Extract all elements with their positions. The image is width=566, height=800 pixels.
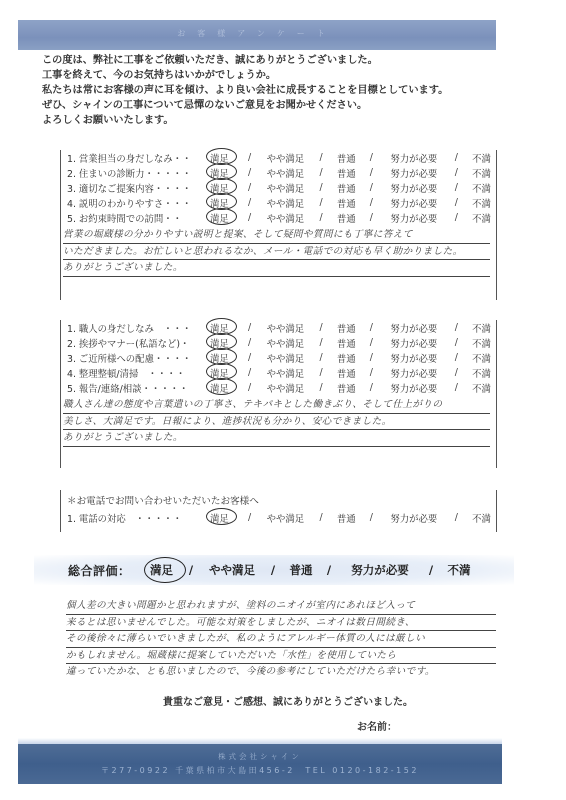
separator: /	[361, 152, 382, 163]
handwritten-comment-line: 美しさ、大満足です。日報により、進捗状況も分かり、安心できました。	[63, 414, 490, 431]
question-label: 5. お約束時間での訪問・・	[67, 211, 210, 225]
option-needs-improvement[interactable]: 努力が必要	[382, 211, 446, 225]
separator: /	[361, 167, 382, 178]
option-satisfied[interactable]: 満足	[210, 381, 239, 395]
option-neutral[interactable]: 普通	[332, 321, 361, 335]
separator: /	[239, 337, 260, 348]
option-neutral[interactable]: 普通	[332, 166, 361, 180]
option-neutral[interactable]: 普通	[332, 196, 361, 210]
option-needs-improvement[interactable]: 努力が必要	[382, 151, 446, 165]
option-needs-improvement[interactable]: 努力が必要	[382, 321, 446, 335]
separator: /	[239, 352, 260, 363]
separator: /	[361, 367, 382, 378]
overall-option-somewhat-satisfied[interactable]: やや満足	[202, 562, 262, 578]
option-somewhat-satisfied[interactable]: やや満足	[260, 321, 310, 335]
option-somewhat-satisfied[interactable]: やや満足	[260, 511, 310, 525]
intro-line: ぜひ、シャインの工事について忌憚のないご意見をお聞かせください。	[42, 98, 512, 113]
question-label: 4. 整理整頓/清掃 ・・・・	[67, 366, 210, 380]
name-field-label: お名前：	[357, 718, 397, 733]
option-somewhat-satisfied[interactable]: やや満足	[260, 366, 310, 380]
question-label: 1. 営業担当の身だしなみ・・	[67, 151, 210, 165]
separator: /	[239, 512, 260, 523]
survey-title: お客様アンケート	[18, 28, 496, 39]
option-dissatisfied[interactable]: 不満	[467, 196, 496, 210]
overall-rating-band: 総合評価： 満足 / やや満足 / 普通 / 努力が必要 / 不満	[34, 555, 514, 585]
question-row: 4. 説明のわかりやすさ・・・ 満足 / やや満足 / 普通 / 努力が必要 /…	[67, 195, 496, 210]
option-somewhat-satisfied[interactable]: やや満足	[260, 196, 310, 210]
handwritten-comment-line: その後徐々に薄らいでいきましたが、私のようにアレルギー体質の人には厳しい	[66, 631, 496, 648]
separator: /	[446, 182, 467, 193]
option-dissatisfied[interactable]: 不満	[467, 336, 496, 350]
separator: /	[310, 322, 331, 333]
question-label: 1. 職人の身だしなみ ・・・	[67, 321, 210, 335]
question-row: 5. 報告/連絡/相談・・・・・ 満足 / やや満足 / 普通 / 努力が必要 …	[67, 380, 496, 395]
question-row: 1. 職人の身だしなみ ・・・ 満足 / やや満足 / 普通 / 努力が必要 /…	[67, 320, 496, 335]
question-row: 2. 住まいの診断力・・・・・ 満足 / やや満足 / 普通 / 努力が必要 /…	[67, 165, 496, 180]
option-needs-improvement[interactable]: 努力が必要	[382, 366, 446, 380]
separator: /	[446, 337, 467, 348]
handwritten-comment-line: 違っていたかな、とも思いましたので、今後の参考にしていただけたら幸いです。	[66, 664, 496, 681]
separator: /	[318, 563, 340, 577]
sales-comment-area[interactable]: 営業の堀蔵様の分かりやすい説明と提案、そして疑問や質問にも丁寧に答えて いただき…	[61, 227, 496, 277]
question-row: 2. 挨拶やマナー(私語など)・ 満足 / やや満足 / 普通 / 努力が必要 …	[67, 335, 496, 350]
separator: /	[361, 337, 382, 348]
header-band: お客様アンケート	[18, 20, 496, 50]
separator: /	[310, 382, 331, 393]
separator: /	[446, 197, 467, 208]
separator: /	[361, 197, 382, 208]
separator: /	[361, 212, 382, 223]
separator: /	[446, 512, 467, 523]
overall-rating-label: 総合評価：	[68, 562, 150, 579]
separator: /	[262, 563, 284, 577]
question-row: 3. ご近所様への配慮・・・・ 満足 / やや満足 / 普通 / 努力が必要 /…	[67, 350, 496, 365]
separator: /	[239, 382, 260, 393]
separator: /	[239, 152, 260, 163]
section-sales: 1. 営業担当の身だしなみ・・ 満足 / やや満足 / 普通 / 努力が必要 /…	[60, 150, 497, 300]
option-dissatisfied[interactable]: 不満	[467, 366, 496, 380]
option-dissatisfied[interactable]: 不満	[467, 381, 496, 395]
option-needs-improvement[interactable]: 努力が必要	[382, 336, 446, 350]
option-somewhat-satisfied[interactable]: やや満足	[260, 151, 310, 165]
option-neutral[interactable]: 普通	[332, 211, 361, 225]
option-needs-improvement[interactable]: 努力が必要	[382, 511, 446, 525]
option-somewhat-satisfied[interactable]: やや満足	[260, 211, 310, 225]
separator: /	[239, 182, 260, 193]
phone-section-note: ＊お電話でお問い合わせいただいたお客様へ	[61, 494, 496, 510]
handwritten-comment-line: 来るとは思いませんでした。可能な対策をしましたが、ニオイは数日間続き、	[66, 615, 496, 632]
separator: /	[239, 197, 260, 208]
question-label: 2. 挨拶やマナー(私語など)・	[67, 336, 210, 350]
intro-line: 工事を終えて、今のお気持ちはいかがでしょうか。	[42, 68, 512, 83]
separator: /	[446, 167, 467, 178]
section-phone: ＊お電話でお問い合わせいただいたお客様へ 1. 電話の対応 ・・・・・ 満足 /…	[60, 490, 497, 532]
separator: /	[446, 352, 467, 363]
option-neutral[interactable]: 普通	[332, 351, 361, 365]
company-name: 株式会社シャイン	[18, 751, 502, 762]
option-dissatisfied[interactable]: 不満	[467, 181, 496, 195]
handwritten-comment-line: 職人さん達の態度や言葉遣いの丁寧さ、テキパキとした働きぶり、そして仕上がりの	[63, 397, 490, 414]
option-dissatisfied[interactable]: 不満	[467, 511, 496, 525]
option-neutral[interactable]: 普通	[332, 336, 361, 350]
separator: /	[361, 382, 382, 393]
question-label: 4. 説明のわかりやすさ・・・	[67, 196, 210, 210]
option-neutral[interactable]: 普通	[332, 151, 361, 165]
handwritten-comment-line: かもしれません。堀蔵様に提案していただいた「水性」を使用していたら	[66, 648, 496, 665]
thanks-message: 貴重なご意見・ご感想、誠にありがとうございました。	[0, 693, 566, 708]
question-label: 3. ご近所様への配慮・・・・	[67, 351, 210, 365]
option-dissatisfied[interactable]: 不満	[467, 151, 496, 165]
question-label: 1. 電話の対応 ・・・・・	[67, 511, 210, 525]
option-somewhat-satisfied[interactable]: やや満足	[260, 351, 310, 365]
question-label: 5. 報告/連絡/相談・・・・・	[67, 381, 210, 395]
option-dissatisfied[interactable]: 不満	[467, 351, 496, 365]
handwritten-comment-line: いただきました。お忙しいと思われるなか、メール・電話での対応も早く助かりました。	[63, 244, 490, 261]
option-neutral[interactable]: 普通	[332, 381, 361, 395]
option-somewhat-satisfied[interactable]: やや満足	[260, 166, 310, 180]
option-needs-improvement[interactable]: 努力が必要	[382, 196, 446, 210]
separator: /	[310, 512, 331, 523]
footer-band: 株式会社シャイン 〒277-0922 千葉県柏市大島田456-2 TEL 012…	[18, 744, 502, 784]
handwritten-comment-line: 営業の堀蔵様の分かりやすい説明と提案、そして疑問や質問にも丁寧に答えて	[63, 227, 490, 244]
overall-comment-area[interactable]: 個人差の大きい問題かと思われますが、塗料のニオイが室内にあれほど入って 来るとは…	[66, 598, 496, 681]
overall-option-neutral[interactable]: 普通	[284, 562, 318, 578]
separator: /	[310, 182, 331, 193]
handwritten-comment-line: ありがとうございました。	[63, 430, 490, 447]
option-satisfied[interactable]: 満足	[210, 211, 239, 225]
option-neutral[interactable]: 普通	[332, 511, 361, 525]
intro-text: この度は、弊社に工事をご依頼いただき、誠にありがとうございました。 工事を終えて…	[42, 53, 512, 128]
separator: /	[361, 182, 382, 193]
separator: /	[239, 212, 260, 223]
separator: /	[239, 367, 260, 378]
question-row: 3. 適切なご提案内容・・・・ 満足 / やや満足 / 普通 / 努力が必要 /…	[67, 180, 496, 195]
option-dissatisfied[interactable]: 不満	[467, 166, 496, 180]
separator: /	[310, 197, 331, 208]
question-row: 5. お約束時間での訪問・・ 満足 / やや満足 / 普通 / 努力が必要 / …	[67, 210, 496, 225]
section-craftsmen: 1. 職人の身だしなみ ・・・ 満足 / やや満足 / 普通 / 努力が必要 /…	[60, 320, 497, 468]
option-somewhat-satisfied[interactable]: やや満足	[260, 381, 310, 395]
question-row: 4. 整理整頓/清掃 ・・・・ 満足 / やや満足 / 普通 / 努力が必要 /…	[67, 365, 496, 380]
craftsmen-comment-area[interactable]: 職人さん達の態度や言葉遣いの丁寧さ、テキパキとした働きぶり、そして仕上がりの 美…	[61, 397, 496, 447]
overall-option-needs-improvement[interactable]: 努力が必要	[340, 562, 420, 578]
question-row: 1. 営業担当の身だしなみ・・ 満足 / やや満足 / 普通 / 努力が必要 /…	[67, 150, 496, 165]
intro-line: この度は、弊社に工事をご依頼いただき、誠にありがとうございました。	[42, 53, 512, 68]
separator: /	[310, 367, 331, 378]
option-satisfied[interactable]: 満足	[210, 511, 239, 525]
separator: /	[446, 212, 467, 223]
separator: /	[361, 512, 382, 523]
separator: /	[310, 152, 331, 163]
handwritten-comment-line: ありがとうございました。	[63, 260, 490, 277]
separator: /	[420, 563, 442, 577]
option-needs-improvement[interactable]: 努力が必要	[382, 381, 446, 395]
option-dissatisfied[interactable]: 不満	[467, 211, 496, 225]
option-needs-improvement[interactable]: 努力が必要	[382, 351, 446, 365]
separator: /	[446, 367, 467, 378]
separator: /	[446, 322, 467, 333]
separator: /	[310, 337, 331, 348]
option-needs-improvement[interactable]: 努力が必要	[382, 181, 446, 195]
company-address: 〒277-0922 千葉県柏市大島田456-2 TEL 0120-182-152	[18, 765, 502, 776]
option-neutral[interactable]: 普通	[332, 181, 361, 195]
intro-line: 私たちは常にお客様の声に耳を傾け、より良い会社に成長することを目標としています。	[42, 83, 512, 98]
option-somewhat-satisfied[interactable]: やや満足	[260, 181, 310, 195]
option-dissatisfied[interactable]: 不満	[467, 321, 496, 335]
overall-option-satisfied[interactable]: 満足	[150, 562, 180, 578]
overall-option-dissatisfied[interactable]: 不満	[442, 562, 476, 578]
question-label: 2. 住まいの診断力・・・・・	[67, 166, 210, 180]
question-label: 3. 適切なご提案内容・・・・	[67, 181, 210, 195]
intro-line: よろしくお願いいたします。	[42, 113, 512, 128]
separator: /	[361, 352, 382, 363]
separator: /	[239, 167, 260, 178]
option-needs-improvement[interactable]: 努力が必要	[382, 166, 446, 180]
separator: /	[310, 167, 331, 178]
separator: /	[310, 212, 331, 223]
separator: /	[446, 152, 467, 163]
handwritten-comment-line: 個人差の大きい問題かと思われますが、塗料のニオイが室内にあれほど入って	[66, 598, 496, 615]
option-somewhat-satisfied[interactable]: やや満足	[260, 336, 310, 350]
separator: /	[446, 382, 467, 393]
separator: /	[239, 322, 260, 333]
option-neutral[interactable]: 普通	[332, 366, 361, 380]
separator: /	[361, 322, 382, 333]
question-row: 1. 電話の対応 ・・・・・ 満足 / やや満足 / 普通 / 努力が必要 / …	[67, 510, 496, 525]
separator: /	[310, 352, 331, 363]
